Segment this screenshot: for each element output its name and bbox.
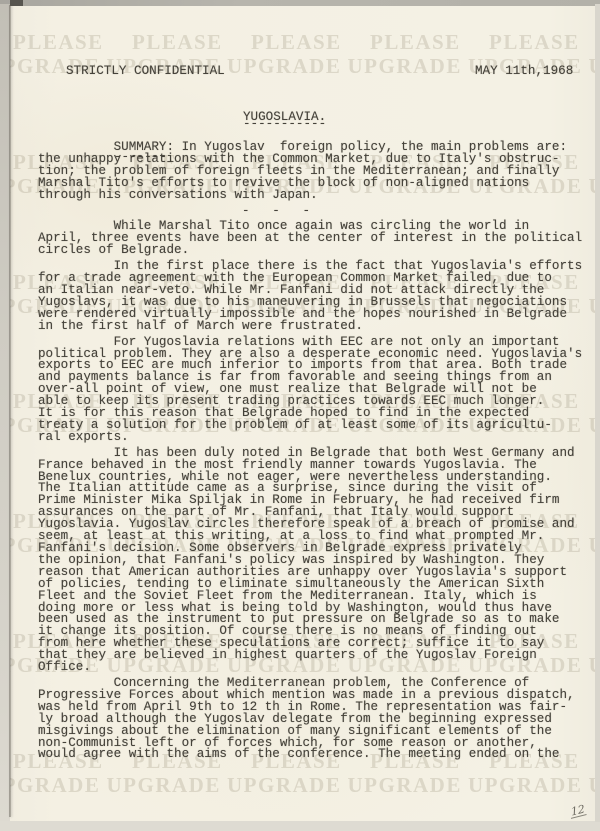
paragraph: In the first place there is the fact tha… xyxy=(38,261,590,332)
document-body: SUMMARY: In Yugoslav foreign policy, the… xyxy=(38,142,590,765)
classification-label: STRICTLY CONFIDENTIAL xyxy=(66,64,225,78)
paragraph: For Yugoslavia relations with EEC are no… xyxy=(38,337,590,444)
paragraph: While Marshal Tito once again was circli… xyxy=(38,221,590,257)
scanner-background-right xyxy=(595,4,600,822)
scanner-background-top xyxy=(0,0,600,6)
summary-paragraph: SUMMARY: In Yugoslav foreign policy, the… xyxy=(38,142,590,202)
scan-corner-mark xyxy=(10,0,23,6)
scanner-background-bottom xyxy=(0,821,600,831)
paragraph: Concerning the Mediterranean problem, th… xyxy=(38,678,590,761)
paragraph: It has been duly noted in Belgrade that … xyxy=(38,448,590,674)
paper-edge-shadow xyxy=(9,5,11,817)
document-title-underline: ----------- xyxy=(243,117,326,131)
section-separator-dashes: - - - xyxy=(38,206,590,218)
date-line: MAY 11th,1968 xyxy=(475,64,573,78)
scanned-document: PLEASEPLEASEPLEASEPLEASEPLEASEUPGRADEUPG… xyxy=(0,0,600,831)
